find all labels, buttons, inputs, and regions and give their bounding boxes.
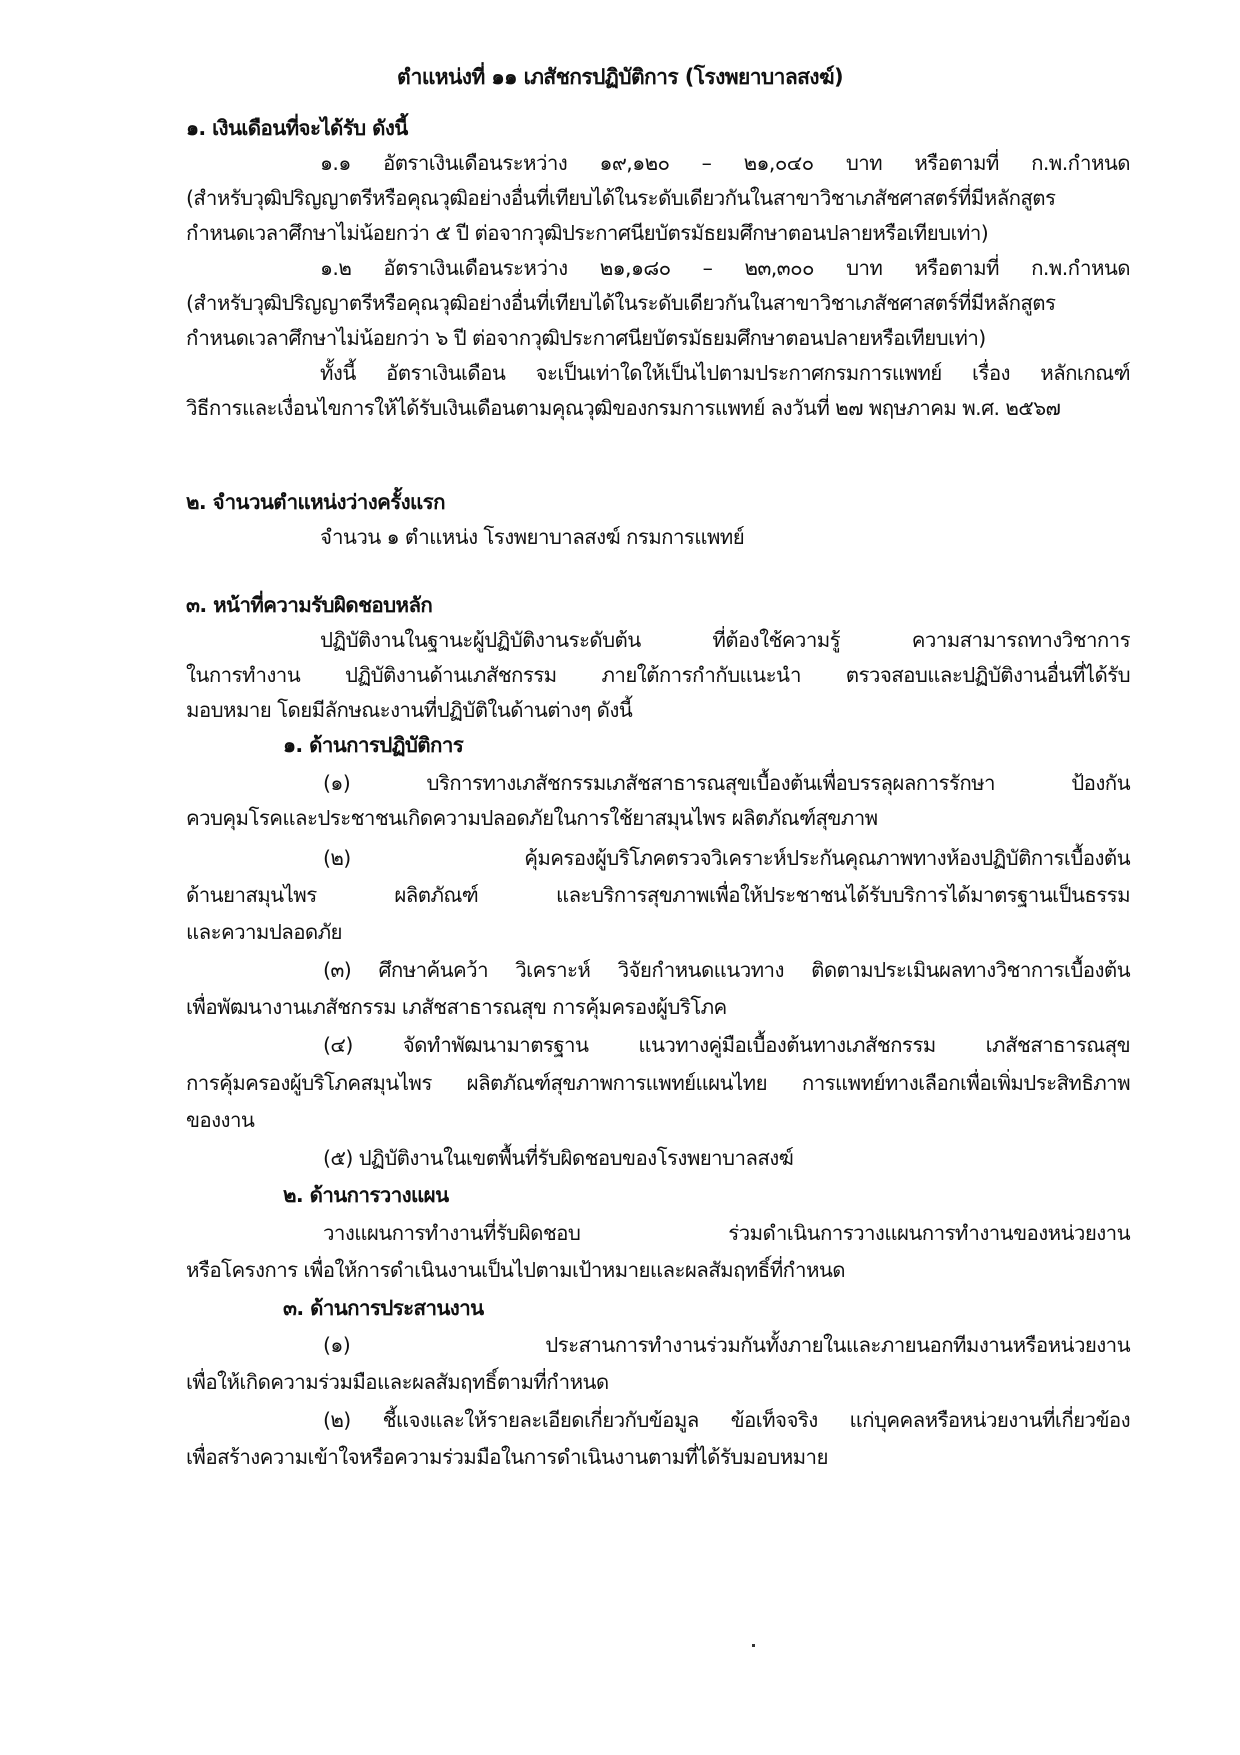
coordination-item-2-cont: เพื่อสร้างความเข้าใจหรือความร่วมมือในการ… [186,1442,1130,1472]
salary-rate-1-1-duration: กำหนดเวลาศึกษาไม่น้อยกว่า ๕ ปี ต่อจากวุฒ… [186,218,1130,248]
duty-intro-3: มอบหมาย โดยมีลักษณะงานที่ปฏิบัติในด้านต่… [186,695,1130,725]
operations-item-3: (๓) ศึกษาค้นคว้า วิเคราะห์ วิจัยกำหนดแนว… [323,955,1130,985]
salary-rate-1-1: ๑.๑ อัตราเงินเดือนระหว่าง ๑๙,๑๒๐ – ๒๑,๐๔… [320,148,1130,178]
salary-rate-1-2: ๑.๒ อัตราเงินเดือนระหว่าง ๒๑,๑๘๐ – ๒๓,๓๐… [320,253,1130,283]
salary-rate-1-1-qualification: (สำหรับวุฒิปริญญาตรีหรือคุณวุฒิอย่างอื่น… [186,183,1130,213]
operations-item-4: (๔) จัดทำพัฒนามาตรฐาน แนวทางคู่มือเบื้อง… [323,1030,1130,1060]
document-page: ตำแหน่งที่ ๑๑ เภสัชกรปฏิบัติการ (โรงพยาบ… [0,0,1240,1755]
subsection-coordination-heading: ๓. ด้านการประสานงาน [283,1293,1130,1323]
duty-intro-1: ปฏิบัติงานในฐานะผู้ปฏิบัติงานระดับต้น ที… [320,625,1130,655]
operations-item-1: (๑) บริการทางเภสัชกรรมเภสัชสาธารณสุขเบื้… [323,768,1130,798]
operations-item-3-cont: เพื่อพัฒนางานเภสัชกรรม เภสัชสาธารณสุข กา… [186,992,1130,1022]
salary-note: ทั้งนี้ อัตราเงินเดือน จะเป็นเท่าใดให้เป… [320,358,1130,388]
section-3-heading: ๓. หน้าที่ความรับผิดชอบหลัก [186,590,1130,620]
salary-note-cont: วิธีการและเงื่อนไขการให้ได้รับเงินเดือนต… [186,393,1130,423]
operations-item-4-cont2: ของงาน [186,1105,1130,1135]
operations-item-2-cont2: และความปลอดภัย [186,917,1130,947]
planning-line-1: วางแผนการทำงานที่รับผิดชอบ ร่วมดำเนินการ… [323,1218,1130,1248]
duty-intro-2: ในการทำงาน ปฏิบัติงานด้านเภสัชกรรม ภายใต… [186,660,1130,690]
coordination-item-1-cont: เพื่อให้เกิดความร่วมมือและผลสัมฤทธิ์ตามท… [186,1367,1130,1397]
salary-rate-1-2-duration: กำหนดเวลาศึกษาไม่น้อยกว่า ๖ ปี ต่อจากวุฒ… [186,323,1130,353]
operations-item-2: (๒) คุ้มครองผู้บริโภคตรวจวิเคราะห์ประกัน… [323,843,1130,873]
document-title: ตำแหน่งที่ ๑๑ เภสัชกรปฏิบัติการ (โรงพยาบ… [0,62,1240,92]
operations-item-1-cont: ควบคุมโรคและประชาชนเกิดความปลอดภัยในการใ… [186,803,1130,833]
planning-line-2: หรือโครงการ เพื่อให้การดำเนินงานเป็นไปตา… [186,1255,1130,1285]
vacancy-count: จำนวน ๑ ตำแหน่ง โรงพยาบาลสงฆ์ กรมการแพทย… [320,522,1130,552]
operations-item-2-cont: ด้านยาสมุนไพร ผลิตภัณฑ์ และบริการสุขภาพเ… [186,880,1130,910]
operations-item-5: (๕) ปฏิบัติงานในเขตพื้นที่รับผิดชอบของโร… [323,1143,1130,1173]
salary-rate-1-2-qualification: (สำหรับวุฒิปริญญาตรีหรือคุณวุฒิอย่างอื่น… [186,288,1130,318]
subsection-planning-heading: ๒. ด้านการวางแผน [283,1180,1130,1210]
operations-item-4-cont: การคุ้มครองผู้บริโภคสมุนไพร ผลิตภัณฑ์สุข… [186,1068,1130,1098]
section-1-heading: ๑. เงินเดือนที่จะได้รับ ดังนี้ [186,113,1130,143]
coordination-item-2: (๒) ชี้แจงและให้รายละเอียดเกี่ยวกับข้อมู… [323,1405,1130,1435]
section-2-heading: ๒. จำนวนตำแหน่งว่างครั้งแรก [186,487,1130,517]
scan-speck [752,1644,755,1647]
coordination-item-1: (๑) ประสานการทำงานร่วมกันทั้งภายในและภาย… [323,1330,1130,1360]
subsection-operations-heading: ๑. ด้านการปฏิบัติการ [283,730,1130,760]
